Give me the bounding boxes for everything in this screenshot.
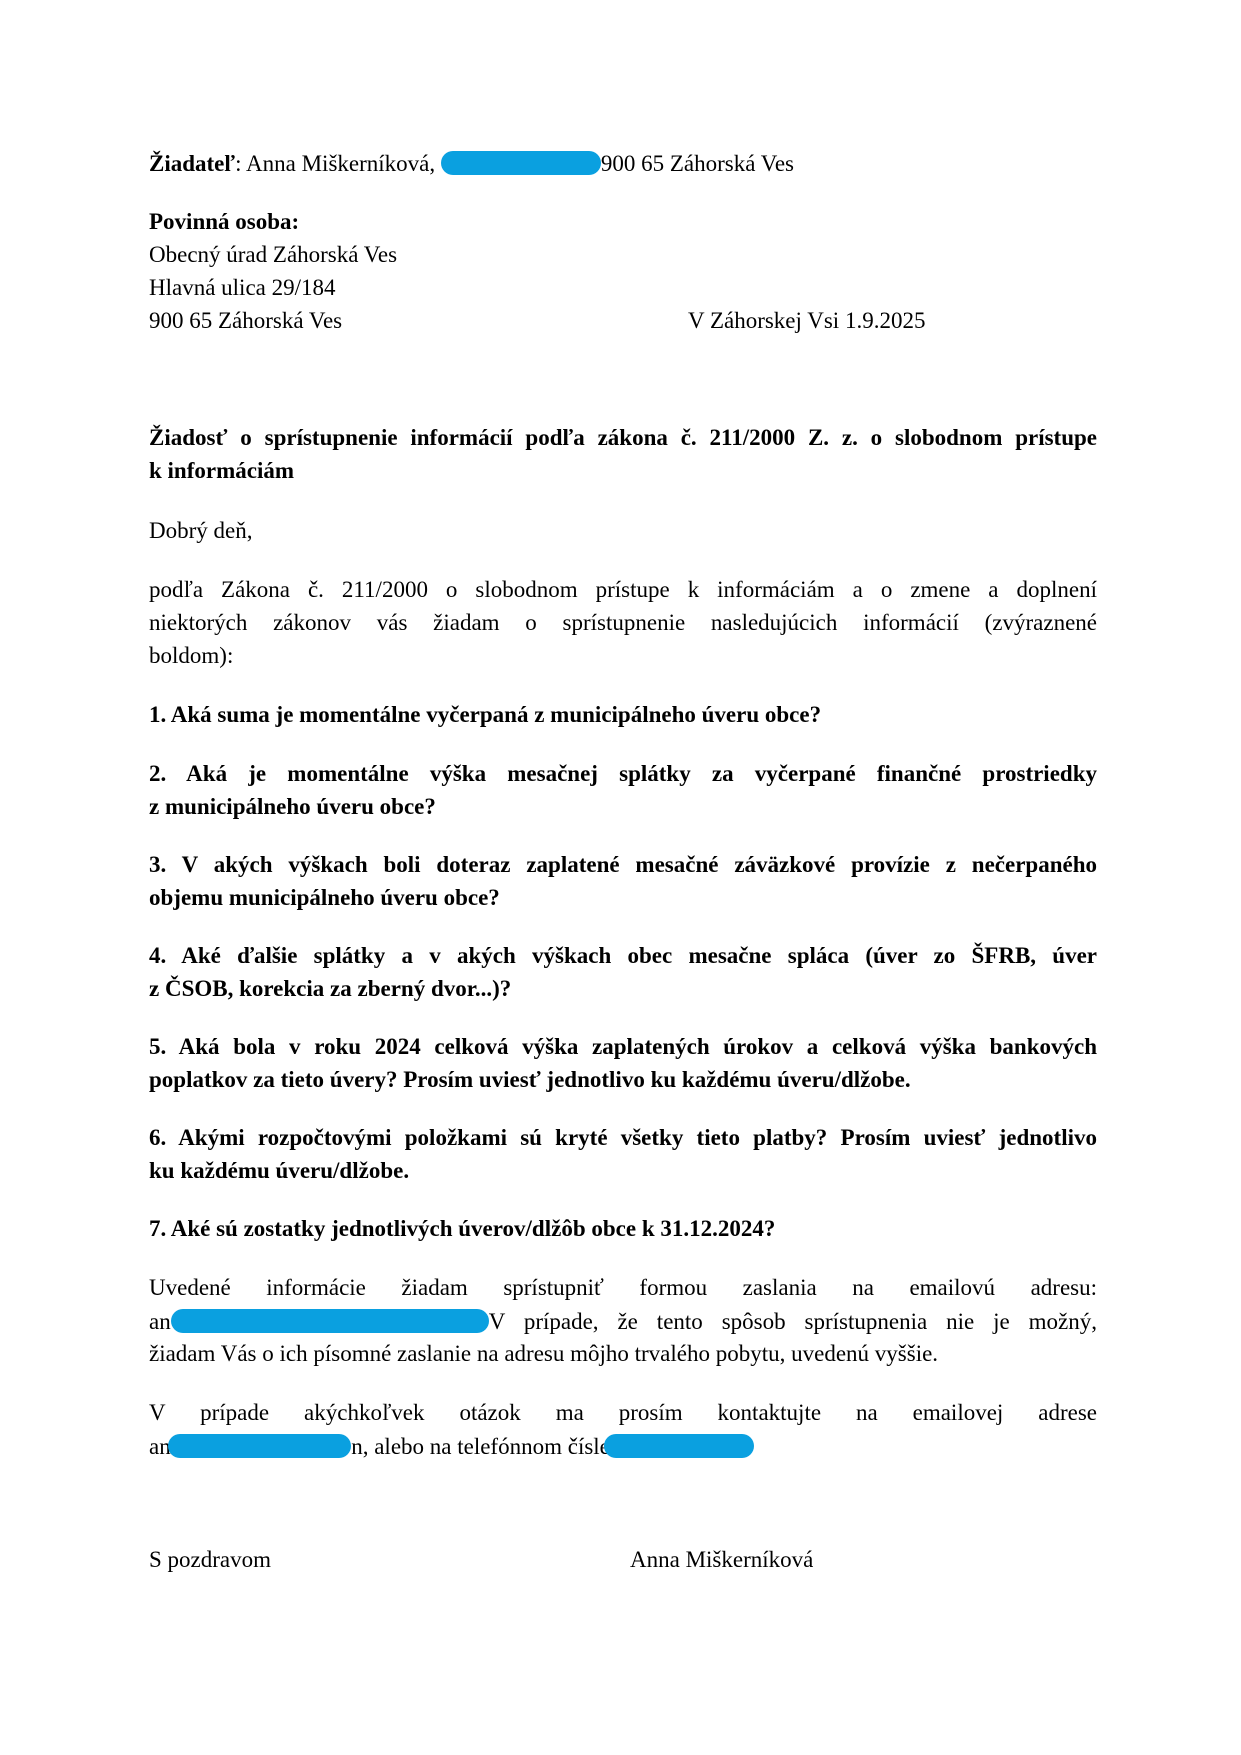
contact-line-2: annn, alebo na telefónnom čísle xyxy=(149,1434,754,1458)
redaction-phone xyxy=(604,1434,754,1458)
question-5-line-1: 5. Aká bola v roku 2024 celková výška za… xyxy=(149,1035,1097,1058)
delivery-line-1: Uvedené informácie žiadam sprístupniť fo… xyxy=(149,1276,1097,1299)
intro-line-3: boldom): xyxy=(149,644,233,667)
question-3-line-1: 3. V akých výškach boli doteraz zaplaten… xyxy=(149,853,1097,876)
applicant-line: Žiadateľ: Anna Miškerníková, 900 65 Záho… xyxy=(149,151,794,175)
salutation: S pozdravom xyxy=(149,1548,271,1571)
question-2-line-2: z municipálneho úveru obce? xyxy=(149,795,436,818)
question-4-line-1: 4. Aké ďalšie splátky a v akých výškach … xyxy=(149,944,1097,967)
contact-line-1: V prípade akýchkoľvek otázok ma prosím k… xyxy=(149,1401,1097,1424)
question-3-line-2: objemu municipálneho úveru obce? xyxy=(149,886,500,909)
question-4-line-2: z ČSOB, korekcia za zberný dvor...)? xyxy=(149,977,511,1000)
question-7: 7. Aké sú zostatky jednotlivých úverov/d… xyxy=(149,1217,775,1240)
question-6-line-2: ku každému úveru/dlžobe. xyxy=(149,1159,409,1182)
subject-line-1: Žiadosť o sprístupnenie informácií podľa… xyxy=(149,426,1097,449)
question-2-line-1: 2. Aká je momentálne výška mesačnej splá… xyxy=(149,762,1097,785)
subject-line-2: k informáciám xyxy=(149,459,294,482)
question-1: 1. Aká suma je momentálne vyčerpaná z mu… xyxy=(149,703,821,726)
redaction-email xyxy=(171,1309,489,1333)
applicant-city: 900 65 Záhorská Ves xyxy=(601,151,794,176)
signature: Anna Miškerníková xyxy=(630,1548,813,1571)
delivery-line-2: an V prípade, že tento spôsob sprístupne… xyxy=(149,1309,1097,1333)
obliged-line-3: 900 65 Záhorská Ves xyxy=(149,309,342,332)
redaction-address xyxy=(441,151,601,175)
delivery-line-2-text: V prípade, že tento spôsob sprístupnenia… xyxy=(489,1310,1097,1333)
email-prefix: an xyxy=(149,1310,171,1333)
intro-line-1: podľa Zákona č. 211/2000 o slobodnom prí… xyxy=(149,578,1097,601)
obliged-line-1: Obecný úrad Záhorská Ves xyxy=(149,243,397,266)
contact-line-2-text: n, alebo na telefónnom čísle xyxy=(351,1434,615,1459)
applicant-label: Žiadateľ xyxy=(149,151,235,176)
redaction-contact-email xyxy=(168,1434,351,1458)
intro-line-2: niektorých zákonov vás žiadam o sprístup… xyxy=(149,611,1097,634)
obliged-label: Povinná osoba: xyxy=(149,210,299,233)
greeting: Dobrý deň, xyxy=(149,519,252,542)
obliged-line-2: Hlavná ulica 29/184 xyxy=(149,276,336,299)
place-date: V Záhorskej Vsi 1.9.2025 xyxy=(688,309,925,332)
delivery-line-3: žiadam Vás o ich písomné zaslanie na adr… xyxy=(149,1342,938,1365)
question-6-line-1: 6. Akými rozpočtovými položkami sú kryté… xyxy=(149,1126,1097,1149)
question-5-line-2: poplatkov za tieto úvery? Prosím uviesť … xyxy=(149,1068,911,1091)
applicant-name: : Anna Miškerníková, xyxy=(235,151,441,176)
